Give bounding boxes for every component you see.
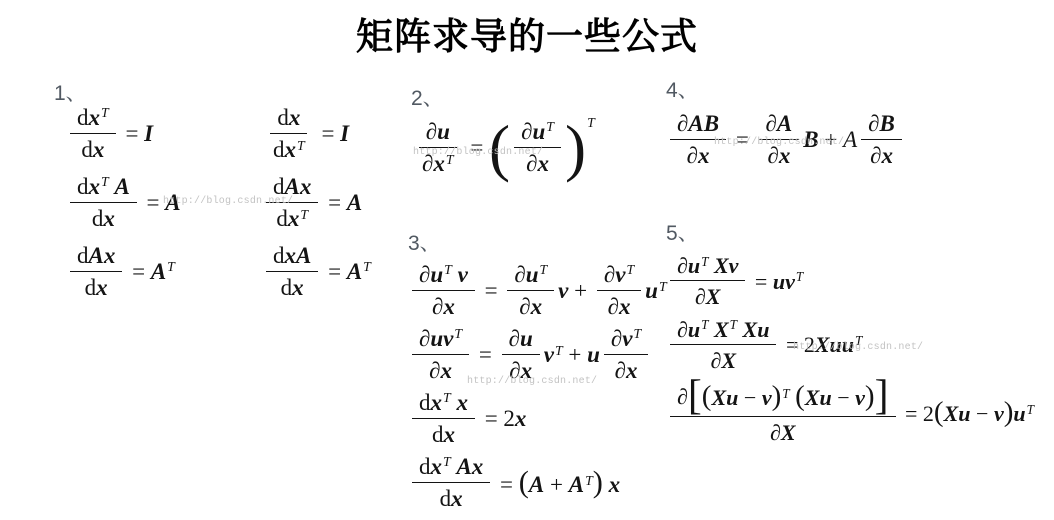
watermark-text-2: http://blog.csdn.net/ <box>413 147 543 158</box>
formula-duTXv-over-dX: ∂uT Xv∂X = uvT <box>666 253 803 310</box>
formula-dxTx-equals-2x: dxT xdx = 2x <box>408 390 526 449</box>
section-1-label: 1、 <box>54 77 384 107</box>
section-5-label: 5、 <box>666 217 1034 247</box>
section-4: 4、 ∂AB∂x = ∂A∂xB + A∂B∂x <box>666 74 906 170</box>
section-3-rows: ∂uT v∂x = ∂uT∂xv + ∂vT∂xuT ∂uvT∂x = ∂u∂x… <box>408 262 667 513</box>
page-title: 矩阵求导的一些公式 <box>0 6 1054 60</box>
section-3: 3、 ∂uT v∂x = ∂uT∂xv + ∂vT∂xuT ∂uvT∂x = ∂… <box>408 227 667 513</box>
section-5: 5、 ∂uT Xv∂X = uvT ∂uT XT Xu∂X = 2XuuT ∂[… <box>666 217 1034 445</box>
formula-dxA-over-dx: dxAdx = AT <box>262 243 371 302</box>
watermark-text-1: http://blog.csdn.net/ <box>163 196 293 207</box>
formula-dxT-over-dx: dxTdx = I <box>66 105 153 164</box>
section-2-label: 2、 <box>411 82 595 112</box>
formula-dAx-over-dx: dAxdx = AT <box>66 243 175 302</box>
section-2: 2、 ∂u∂xT = (∂uT∂x)T <box>411 82 595 178</box>
section-3-label: 3、 <box>408 227 667 257</box>
formula-dx-over-dxT: dxdxT = I <box>262 105 349 164</box>
formula-sheet: 矩阵求导的一些公式 http://blog.csdn.net/ http://b… <box>0 0 1054 520</box>
formula-dxTAx-quadratic: dxT Axdx = (A + AT) x <box>408 454 620 513</box>
section-1: 1、 dxTdx = I dxT Adx = A dAxdx = AT dxdx… <box>54 77 384 307</box>
section-4-label: 4、 <box>666 74 906 104</box>
watermark-text-5: http://blog.csdn.net/ <box>793 342 923 353</box>
formula-duTv-product-rule: ∂uT v∂x = ∂uT∂xv + ∂vT∂xuT <box>408 262 667 321</box>
watermark-text-4: http://blog.csdn.net/ <box>714 137 844 148</box>
watermark-text-3: http://blog.csdn.net/ <box>467 376 597 387</box>
formula-least-squares-gradient: ∂[(Xu − v)T (Xu − v)]∂X = 2(Xu − v)uT <box>666 380 1034 445</box>
